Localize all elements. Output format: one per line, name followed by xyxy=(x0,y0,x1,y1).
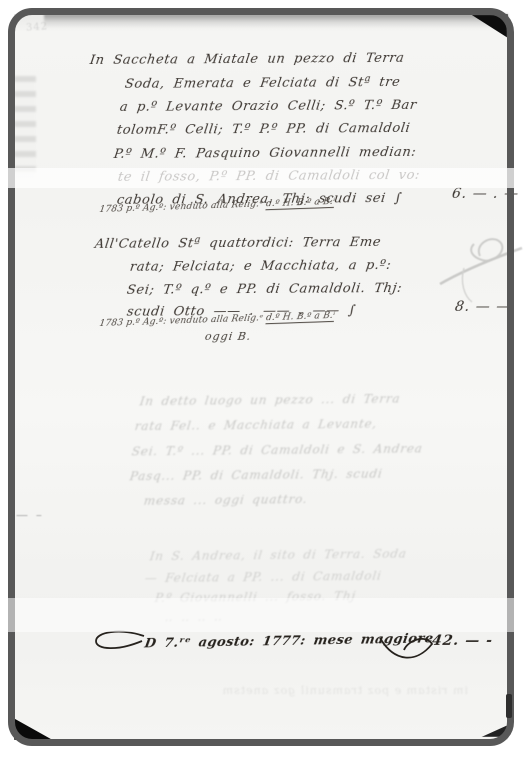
faded-line: ‥ ‥ ‥ ‥ xyxy=(164,610,224,625)
entry2-note-oggi: oggi B. xyxy=(204,330,252,343)
faded-line: In detto luogo un pezzo ... di Terra xyxy=(139,392,401,409)
faded-line: — Felciata a PP. ... di Camaldoli xyxy=(144,569,383,585)
pencil-folio-number: 342 xyxy=(26,21,49,34)
corner-shadow-bottom-right xyxy=(474,725,508,737)
entry2-line: rata; Felciata; e Macchiata, a p.º: xyxy=(129,258,392,275)
faded-line: Sei. T.º ... PP. di Camaldoli e S. Andre… xyxy=(131,441,424,458)
entry1-line: In Saccheta a Miatale un pezzo di Terra xyxy=(89,51,405,68)
margin-dashes: — – xyxy=(16,508,44,522)
corner-shadow-bottom-left xyxy=(14,716,56,740)
scanned-manuscript: 342 In Saccheta a Miatale un pezzo di Te… xyxy=(0,0,525,760)
faded-line: messa ... oggi quattro. xyxy=(143,492,308,508)
faded-line: P.º Giovannelli ... fosso. Thj xyxy=(154,589,357,605)
margin-flourish-icon xyxy=(434,226,525,322)
frame-dark-tick xyxy=(506,694,512,718)
entry3-amount: 42. — - xyxy=(431,633,494,649)
entry2-line: All'Catello Stª quattordici: Terra Eme xyxy=(94,235,382,252)
entry1-line: a p.º Levante Orazio Celli; S.º T.º Bar xyxy=(119,98,418,115)
entry1-amount: 6. — . — xyxy=(451,186,520,202)
faded-line: In S. Andrea, il sito di Terra. Soda xyxy=(149,547,408,564)
flourish-lead-swash-icon xyxy=(92,626,146,656)
faded-line: Pasq... PP. di Camaldoli. Thj. scudi xyxy=(129,467,384,484)
faded-line: rata Fel.. e Macchiata a Levante, xyxy=(134,417,378,434)
page-top-shadow xyxy=(44,14,508,28)
note-text-underlined: d.º H. B.º a B.ⁱ xyxy=(265,197,336,210)
note-text: 1783 p.º Ag.º: venduto alla Relig.ᵉ xyxy=(99,313,267,329)
entry2-line: Sei; T.º q.º e PP. di Camaldoli. Thj: xyxy=(126,281,403,298)
page: 342 In Saccheta a Miatale un pezzo di Te… xyxy=(14,14,508,740)
entry1-line: P.º M.º F. Pasquino Giovannelli median: xyxy=(113,145,417,162)
scanner-streaks xyxy=(14,76,36,180)
entry1-line: te il fosso, P.º PP. di Camaldoli col vo… xyxy=(117,168,421,185)
note-text-underlined: d.º H. B.º a B.ⁱ xyxy=(265,311,336,324)
entry1-line: Soda, Emerata e Felciata di Stª tre xyxy=(124,75,401,92)
flourish-tail-swash-icon xyxy=(378,632,436,666)
bleed-through-text: im ristam e poz tramsunil goz anetsm xyxy=(77,684,468,697)
entry1-line: tolomF.º Celli; T.º P.º PP. di Camaldoli xyxy=(116,121,411,138)
